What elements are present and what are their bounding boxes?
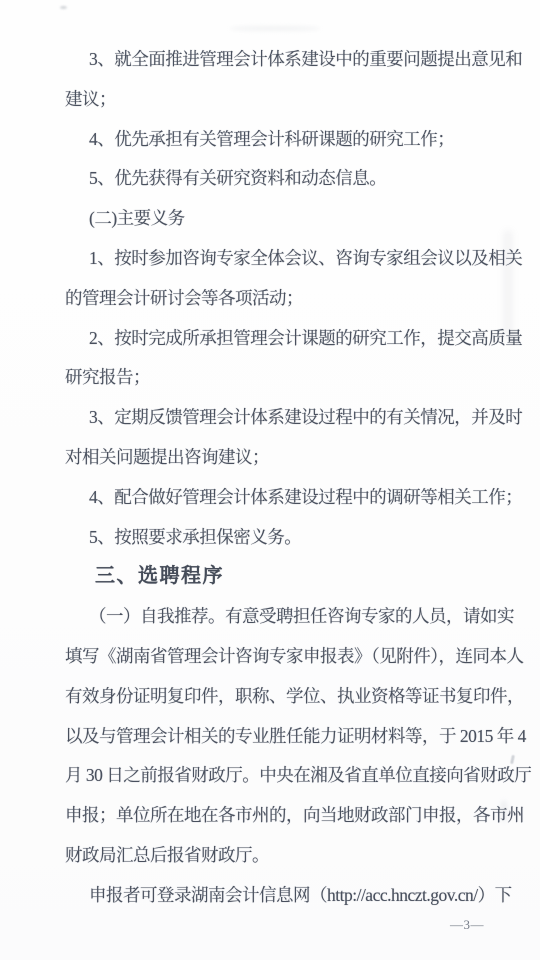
text-line: 填写《湖南省管理会计咨询专家申报表》（见附件），连同本人 — [65, 637, 510, 677]
heading-selection-procedure: 三、选聘程序 — [65, 557, 510, 597]
text-line: 2、按时完成所承担管理会计课题的研究工作，提交高质量 — [65, 319, 510, 359]
text-line: 4、配合做好管理会计体系建设过程中的调研等相关工作； — [65, 478, 510, 518]
text-line: （一）自我推荐。有意受聘担任咨询专家的人员，请如实 — [65, 597, 510, 637]
text-line: 的管理会计研讨会等各项活动； — [65, 279, 510, 319]
text-line: 月 30 日之前报省财政厅。中央在湘及省直单位直接向省财政厅 — [65, 756, 510, 796]
text-line-website-info: 申报者可登录湖南会计信息网（http://acc.hnczt.gov.cn/）下 — [65, 876, 510, 916]
document-page: 3、就全面推进管理会计体系建设中的重要问题提出意见和 建议； 4、优先承担有关管… — [0, 0, 540, 960]
text-line: 5、优先获得有关研究资料和动态信息。 — [65, 159, 510, 199]
text-line: 申报；单位所在地在各市州的，向当地财政部门申报，各市州 — [65, 796, 510, 836]
page-number: —3— — [450, 917, 484, 933]
text-line: 财政局汇总后报省财政厅。 — [65, 836, 510, 876]
text-line: 建议； — [65, 80, 510, 120]
text-line: 5、按照要求承担保密义务。 — [65, 518, 510, 558]
scan-artifact — [230, 26, 320, 31]
text-line: 对相关问题提出咨询建议； — [65, 438, 510, 478]
text-line: 3、就全面推进管理会计体系建设中的重要问题提出意见和 — [65, 40, 510, 80]
text-line: 研究报告； — [65, 358, 510, 398]
scan-artifact — [60, 6, 67, 9]
scan-artifact — [510, 755, 515, 764]
document-text-block: 3、就全面推进管理会计体系建设中的重要问题提出意见和 建议； 4、优先承担有关管… — [65, 40, 510, 916]
text-line: 1、按时参加咨询专家全体会议、咨询专家组会议以及相关 — [65, 239, 510, 279]
scanned-document-viewport: 3、就全面推进管理会计体系建设中的重要问题提出意见和 建议； 4、优先承担有关管… — [0, 0, 540, 960]
text-line: 3、定期反馈管理会计体系建设过程中的有关情况，并及时 — [65, 398, 510, 438]
text-line: 有效身份证明复印件，职称、学位、执业资格等证书复印件， — [65, 677, 510, 717]
text-line: 以及与管理会计相关的专业胜任能力证明材料等，于 2015 年 4 — [65, 717, 510, 757]
subheading-main-obligations: (二)主要义务 — [65, 199, 510, 239]
text-line: 4、优先承担有关管理会计科研课题的研究工作； — [65, 120, 510, 160]
